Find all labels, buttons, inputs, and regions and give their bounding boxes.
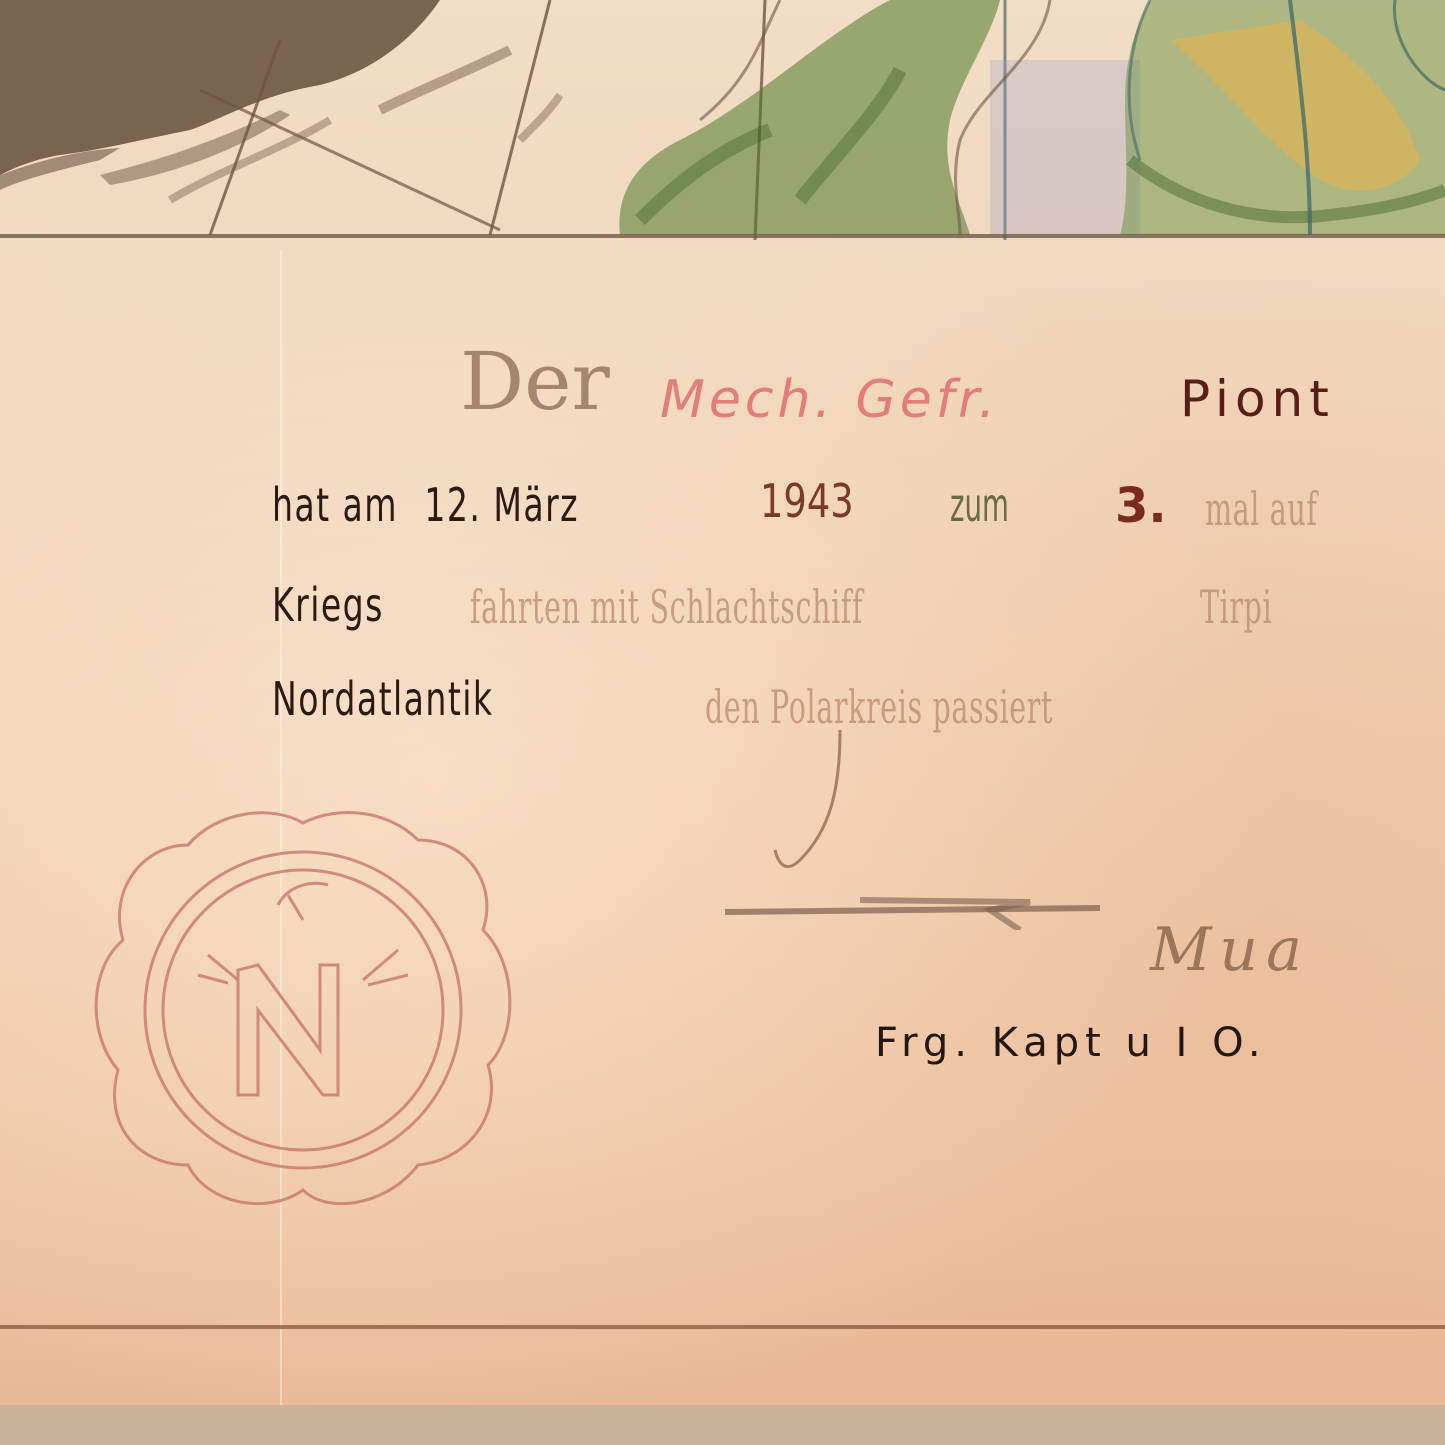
seal-stamp-icon: N [88, 805, 518, 1215]
date-day: 12. [424, 478, 481, 532]
line2-prefix: hat am 12. März [272, 478, 579, 532]
line2-suffix: mal auf [1205, 482, 1318, 536]
kriegs-text: Kriegs [272, 578, 384, 632]
article-text: Der [460, 335, 610, 428]
date-year: 1943 [760, 474, 854, 528]
signature-flourish-icon [720, 730, 1140, 930]
crossing-count: 3. [1115, 478, 1167, 534]
zum-text: zum [950, 478, 1009, 532]
nordatlantik-text: Nordatlantik [272, 672, 494, 726]
bottom-border-line [0, 1325, 1445, 1329]
rank-text: Mech. Gefr. [660, 370, 999, 430]
table-surface [0, 1405, 1445, 1445]
recipient-name: Piont [1180, 370, 1335, 428]
prefix-text: hat am [272, 478, 398, 532]
signatory-title: Frg. Kapt u I O. [875, 1020, 1267, 1066]
line3-printed: fahrten mit Schlachtschiff [470, 580, 863, 634]
certificate-line-1: Der [460, 335, 610, 428]
ship-name: Tirpi [1200, 580, 1272, 634]
map-drawing-icon [0, 0, 1445, 245]
date-month: März [493, 478, 579, 532]
line4-printed: den Polarkreis passiert [705, 680, 1053, 734]
signature-text: Mua [1150, 915, 1310, 985]
map-border-line [0, 234, 1445, 238]
seal-letter: N [303, 1014, 304, 1016]
map-illustration [0, 0, 1445, 245]
certificate-page: Der Mech. Gefr. Piont hat am 12. März 19… [0, 0, 1445, 1410]
